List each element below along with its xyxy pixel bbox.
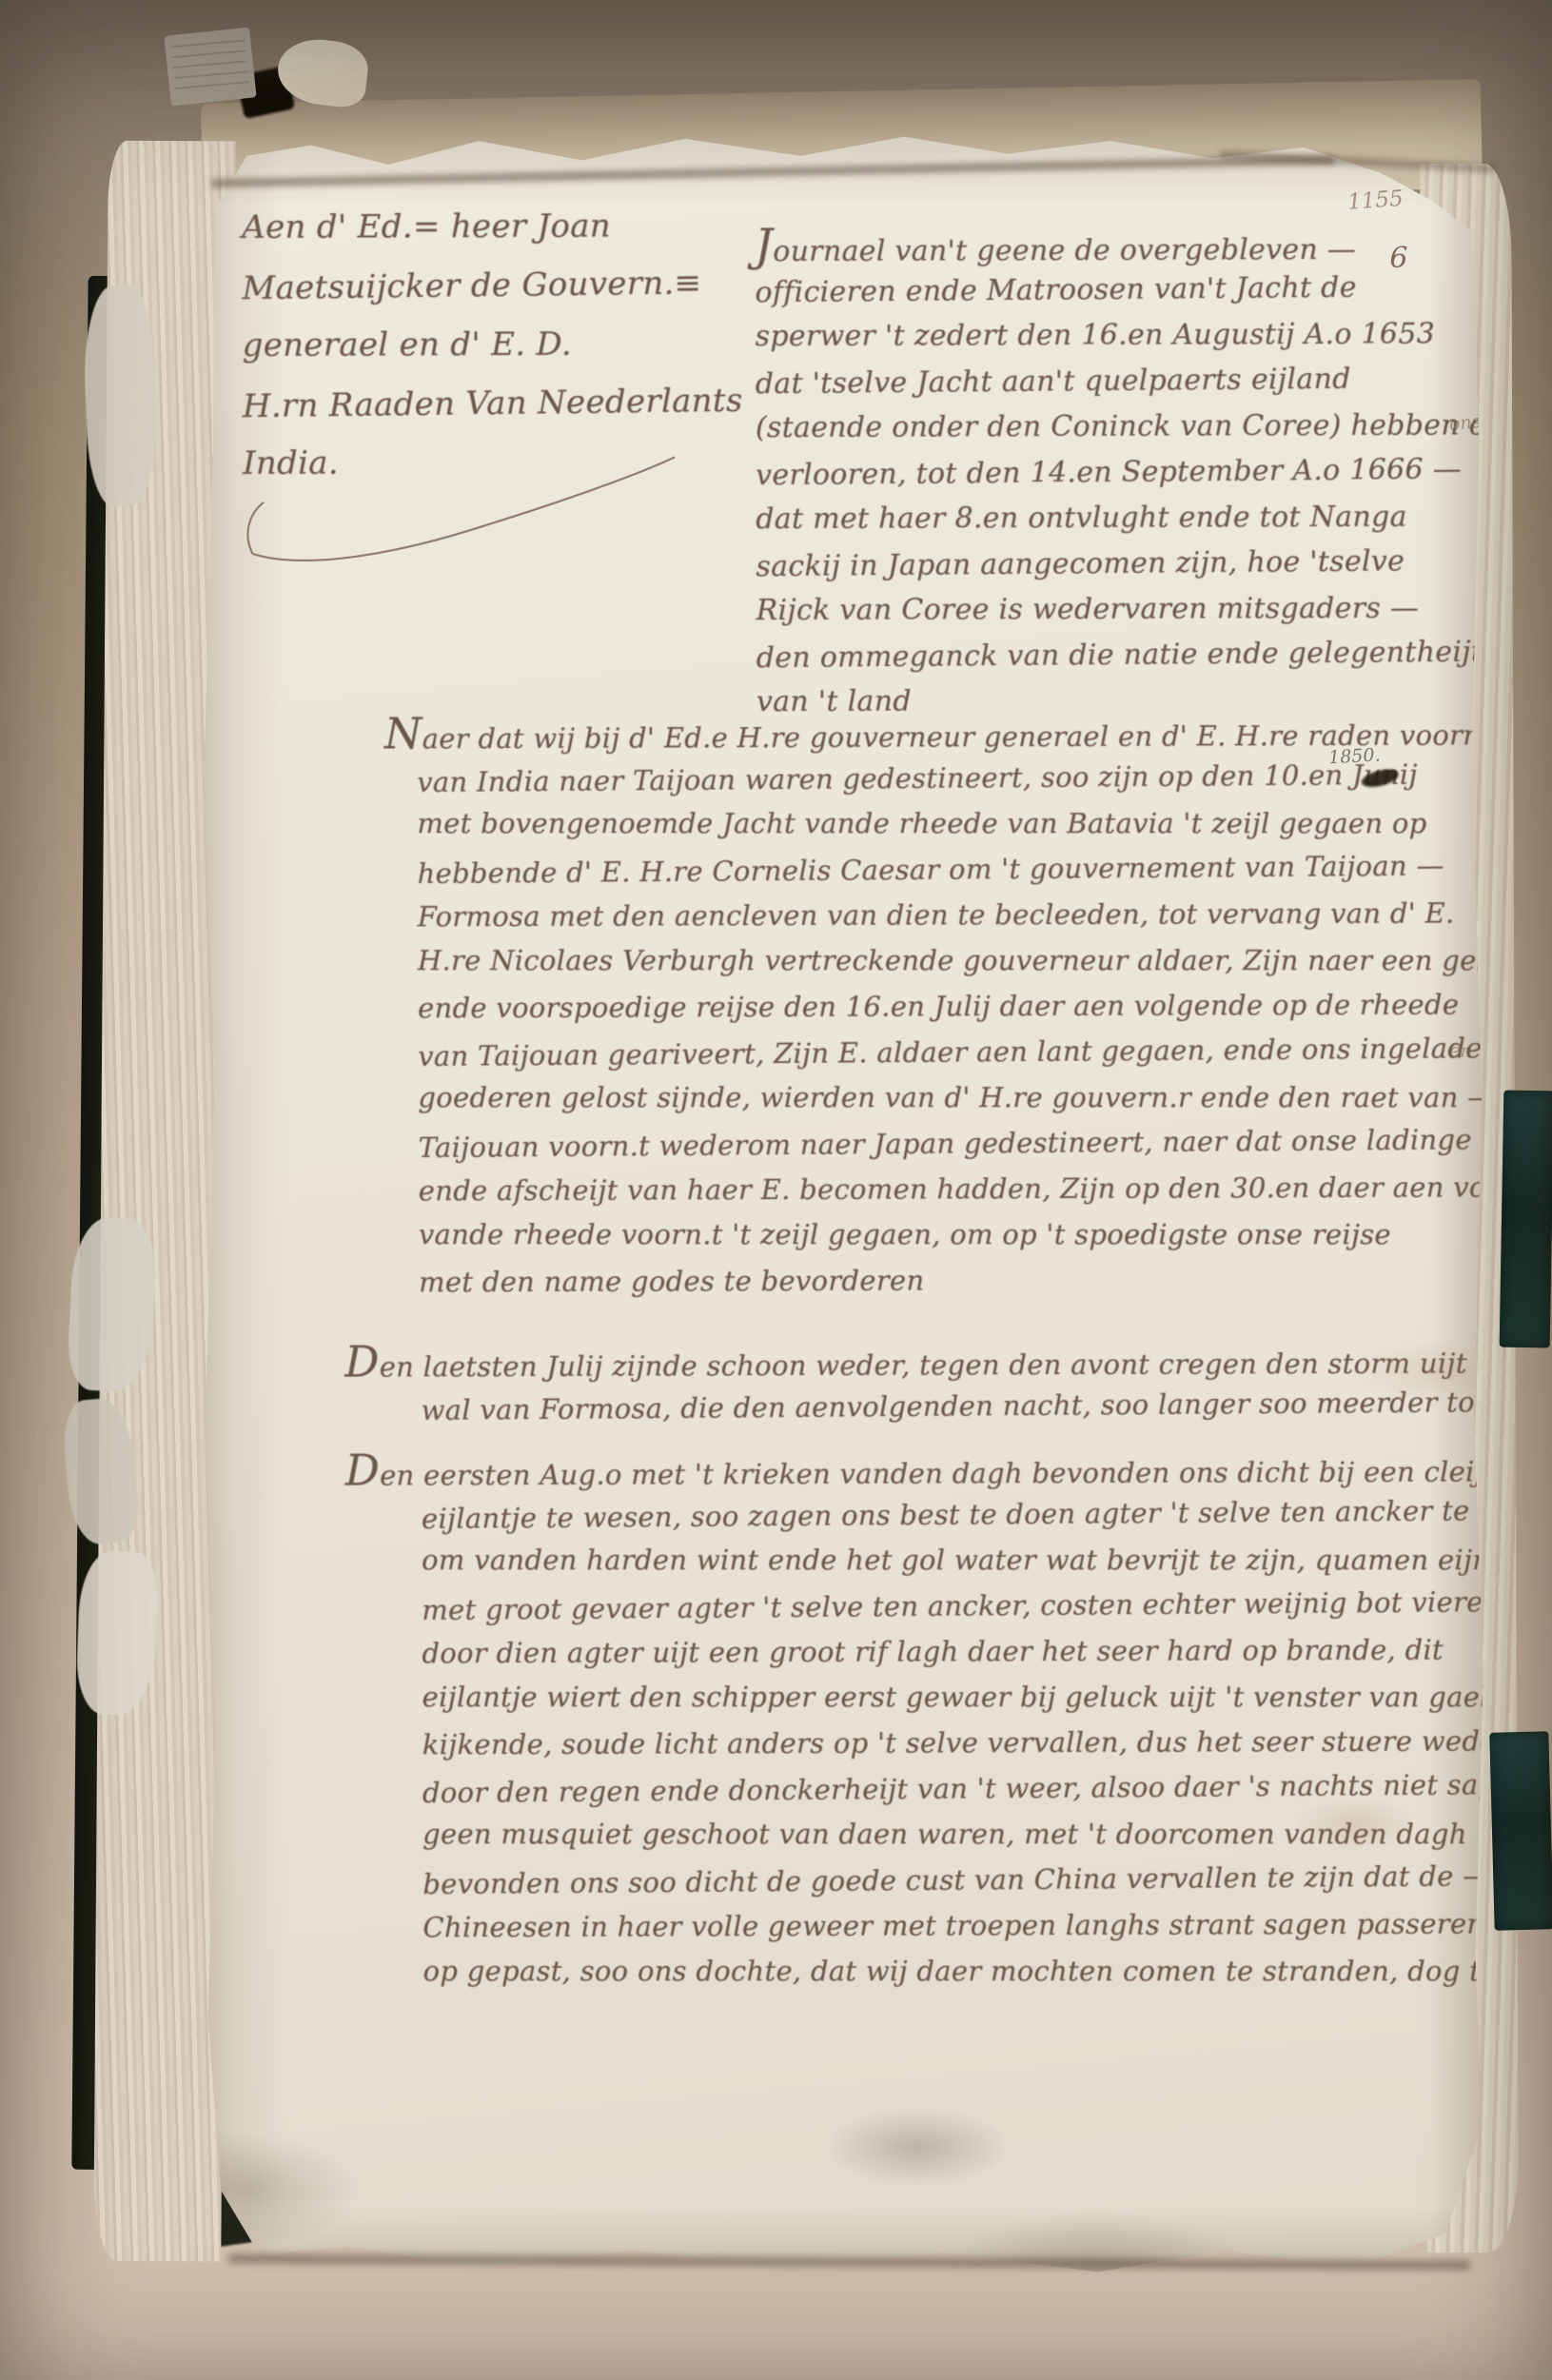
- manuscript-line: door den regen ende donckerheijt van 't …: [422, 1760, 1552, 1815]
- title-block: Journael van't geene de overgebleven — o…: [755, 220, 1521, 725]
- right-margin-mark: en: [1449, 1040, 1473, 1063]
- manuscript-line: verlooren, tot den 14.en September A.o 1…: [756, 446, 1521, 499]
- manuscript-line: kijkende, soude licht anders op 't selve…: [422, 1718, 1552, 1767]
- margin-year-note: 1850.: [1328, 744, 1382, 768]
- manuscript-line: Aen d' Ed.= heer Joan: [242, 196, 742, 257]
- manuscript-line: goederen gelost sijnde, wierden van d' H…: [418, 1074, 1552, 1120]
- manuscript-line: op gepast, soo ons dochte, dat wij daer …: [423, 1948, 1552, 1994]
- manuscript-line: Chineesen in haer volle geweer met troep…: [422, 1900, 1552, 1950]
- manuscript-line: met bovengenoemde Jacht vande rheede van…: [417, 800, 1552, 846]
- manuscript-line: generael en d' E. D.: [243, 314, 743, 375]
- spine-paper-scrap: [82, 285, 158, 507]
- manuscript-line: bevonden ons soo dicht de goede cust van…: [422, 1852, 1552, 1906]
- manuscript-line: om vanden harden wint ende het gol water…: [422, 1537, 1552, 1583]
- archive-number: 1155: [1346, 187, 1404, 215]
- manuscript-line: eijlantje te wesen, soo zagen ons best t…: [422, 1486, 1552, 1541]
- manuscript-line: van Taijouan geariveert, Zijn E. aldaer …: [418, 1024, 1552, 1079]
- manuscript-line: wal van Formosa, die den aenvolgenden na…: [421, 1379, 1552, 1433]
- manuscript-line: Formosa met den aencleven van dien te be…: [418, 890, 1552, 939]
- manuscript-line: met den name godes te bevorderen: [419, 1255, 1552, 1305]
- manuscript-line: H.re Nicolaes Verburgh vertreckende gouv…: [418, 937, 1552, 983]
- manuscript-line: vande rheede voorn.t 't zeijl gegaen, om…: [419, 1211, 1552, 1257]
- manuscript-line: Den eersten Aug.o met 't krieken vanden …: [345, 1444, 1552, 1494]
- bookmark-ribbon: [1489, 1731, 1552, 1931]
- manuscript-line: eijlantje wiert den schipper eerst gewae…: [422, 1674, 1552, 1720]
- manuscript-line: dat 'tselve Jacht aan't quelpaerts eijla…: [756, 355, 1521, 407]
- manuscript-line: sackij in Japan aangecomen zijn, hoe 'ts…: [756, 538, 1521, 590]
- manuscript-line: Rijck van Coree is wedervaren mitsgaders…: [756, 585, 1522, 634]
- paper-tab: [164, 27, 256, 106]
- photo-background: Aen d' Ed.= heer Joan Maetsuijcker de Go…: [0, 0, 1552, 2380]
- paragraph-3: Den eersten Aug.o met 't krieken vanden …: [422, 1444, 1552, 1996]
- bookmark-ribbon: [1500, 1091, 1552, 1348]
- manuscript-line: hebbende d' E. H.re Cornelis Caesar om '…: [417, 841, 1552, 896]
- manuscript-line: Den laetsten Julij zijnde schoon weder, …: [344, 1335, 1552, 1385]
- paragraph-1: Naer dat wij bij d' Ed.e H.re gouverneur…: [417, 707, 1552, 1305]
- manuscript-line: ende voorspoedige reijse den 16.en Julij…: [418, 981, 1552, 1031]
- manuscript-line: sperwer 't zedert den 16.en Augustij A.o…: [756, 311, 1521, 360]
- manuscript-line: ende afscheijt van haer E. becomen hadde…: [419, 1164, 1552, 1213]
- manuscript-line: geen musquiet geschoot van daen waren, m…: [422, 1811, 1552, 1857]
- manuscript-line: Taijouan voorn.t wederom naer Japan gede…: [418, 1115, 1552, 1170]
- manuscript-page: Aen d' Ed.= heer Joan Maetsuijcker de Go…: [195, 124, 1484, 2276]
- paragraph-2: Den laetsten Julij zijnde schoon weder, …: [421, 1335, 1552, 1430]
- page-content: Aen d' Ed.= heer Joan Maetsuijcker de Go…: [0, 0, 1552, 2380]
- manuscript-line: (staende onder den Coninck van Coree) he…: [756, 403, 1521, 451]
- right-margin-mark: ons: [1448, 411, 1483, 435]
- pen-flourish: [239, 445, 686, 571]
- manuscript-line: den ommeganck van die natie ende gelegen…: [756, 629, 1522, 681]
- manuscript-line: H.rn Raaden Van Neederlants: [243, 371, 743, 436]
- manuscript-line: door dien agter uijt een groot rif lagh …: [422, 1626, 1552, 1676]
- manuscript-line: Maetsuijcker de Gouvern.≡: [242, 253, 742, 318]
- folio-number: 6: [1389, 242, 1407, 275]
- manuscript-line: dat met haer 8.en ontvlught ende tot Nan…: [756, 494, 1521, 542]
- manuscript-line: met groot gevaer agter 't selve ten anck…: [422, 1578, 1552, 1632]
